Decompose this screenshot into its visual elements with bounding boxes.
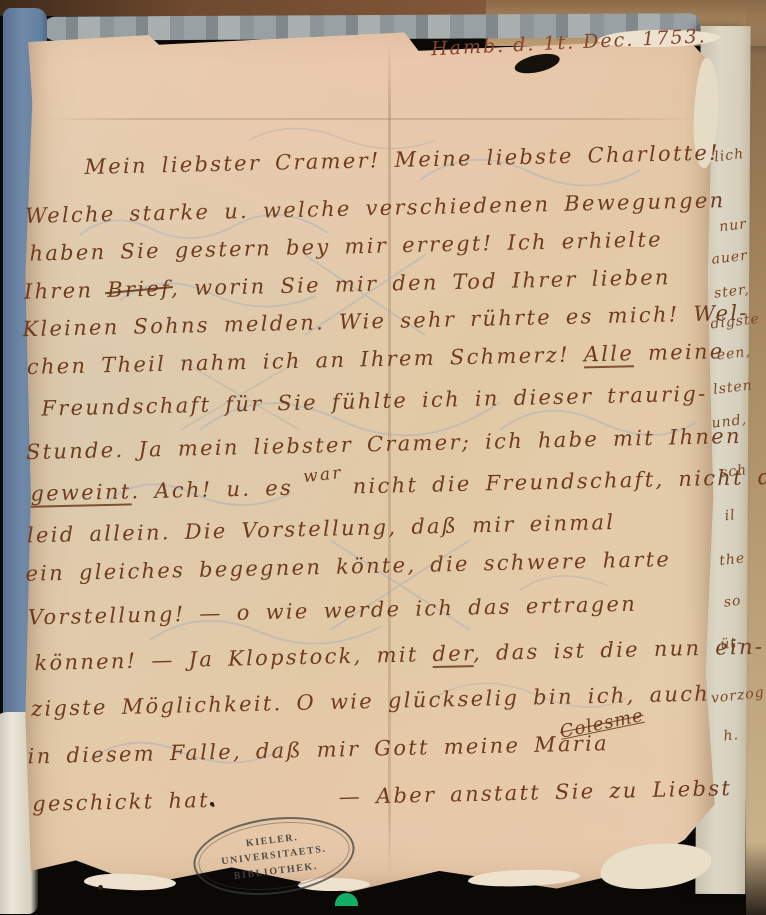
line4-post: , worin Sie mir den Tod Ihrer lieben [171,265,671,300]
line16-pre: geschickt hat. [32,788,219,816]
margin-fragment: ster, [713,282,750,302]
letter-line-4: Ihren Brief, worin Sie mir den Tod Ihrer… [24,265,671,304]
margin-fragment: il [724,507,737,524]
margin-fragment: üt- [719,635,743,654]
margin-fragment: vorzog [710,685,765,707]
margin-fragment: een, [716,344,752,364]
letter-line-11: ein gleiches begegnen könte, die schwere… [25,547,671,586]
letter-line-2: Welche starke u. welche verschiedenen Be… [25,188,726,228]
margin-fragment: lich [714,146,745,165]
letter-line-9: geweint. Ach! u. es war nicht die Freund… [30,463,766,506]
line13-pre: können! — Ja Klopstock, mit [34,642,433,675]
date-line: Hamb. d. 1t. Dec. 1753. [431,25,708,60]
letter-line-13: können! — Ja Klopstock, mit der, das ist… [34,635,764,676]
letter-line-5: Kleinen Sohns melden. Wie sehr rührte es… [22,301,749,341]
margin-fragment: und, [711,412,748,432]
margin-fragment: lsten [712,377,753,398]
letter-line-1: Mein liebster Cramer! Meine liebste Char… [84,141,720,179]
line6-pre: chen Theil nahm ich an Ihrem Schmerz! [27,342,584,379]
line4-pre: Ihren [24,278,108,304]
ink-speck [210,802,214,806]
underlined-word-alle: Alle [584,341,635,368]
letter-line-8: Stunde. Ja mein liebster Cramer; ich hab… [26,424,742,464]
letter-line-10: leid allein. Die Vorstellung, daß mir ei… [27,510,616,547]
letter-line-16: geschickt hat.— Aber anstatt Sie zu Lieb… [32,776,732,816]
handwriting-layer: Hamb. d. 1t. Dec. 1753. Mein liebster Cr… [0,0,766,915]
line16-gap [219,804,339,807]
margin-fragment: the [718,550,746,569]
underlined-word-der: der [432,641,473,668]
margin-fragment: so [723,593,742,611]
margin-fragment: auer [711,248,749,268]
letter-line-6: chen Theil nahm ich an Ihrem Schmerz! Al… [27,339,725,379]
line6-post: meine [634,339,725,365]
letter-line-3: haben Sie gestern bey mir erregt! Ich er… [29,227,663,265]
line9-post: nicht die Freundschaft, nicht das Mit- [338,463,766,499]
margin-fragment: nur [718,216,747,235]
margin-fragment: h. [723,727,740,745]
line15-pre: in diesem Falle, daß mir Gott meine [27,733,534,768]
letter-line-15: in diesem Falle, daß mir Gott meine Mari… [27,731,609,768]
scanned-letter-page: Hamb. d. 1t. Dec. 1753. Mein liebster Cr… [0,0,766,915]
margin-fragment: sch [719,462,748,481]
inserted-word-war: war [302,463,344,487]
underlined-word-geweint: geweint [30,479,132,507]
struck-word: Brief [107,276,171,301]
ink-speck [98,885,103,890]
line9-mid: . Ach! u. es [131,475,307,503]
letter-line-7: Freundschaft für Sie fühlte ich in diese… [41,382,708,421]
letter-line-12: Vorstellung! — o wie werde ich das ertra… [28,592,638,630]
line16-post: — Aber anstatt Sie zu Liebst [338,776,732,809]
